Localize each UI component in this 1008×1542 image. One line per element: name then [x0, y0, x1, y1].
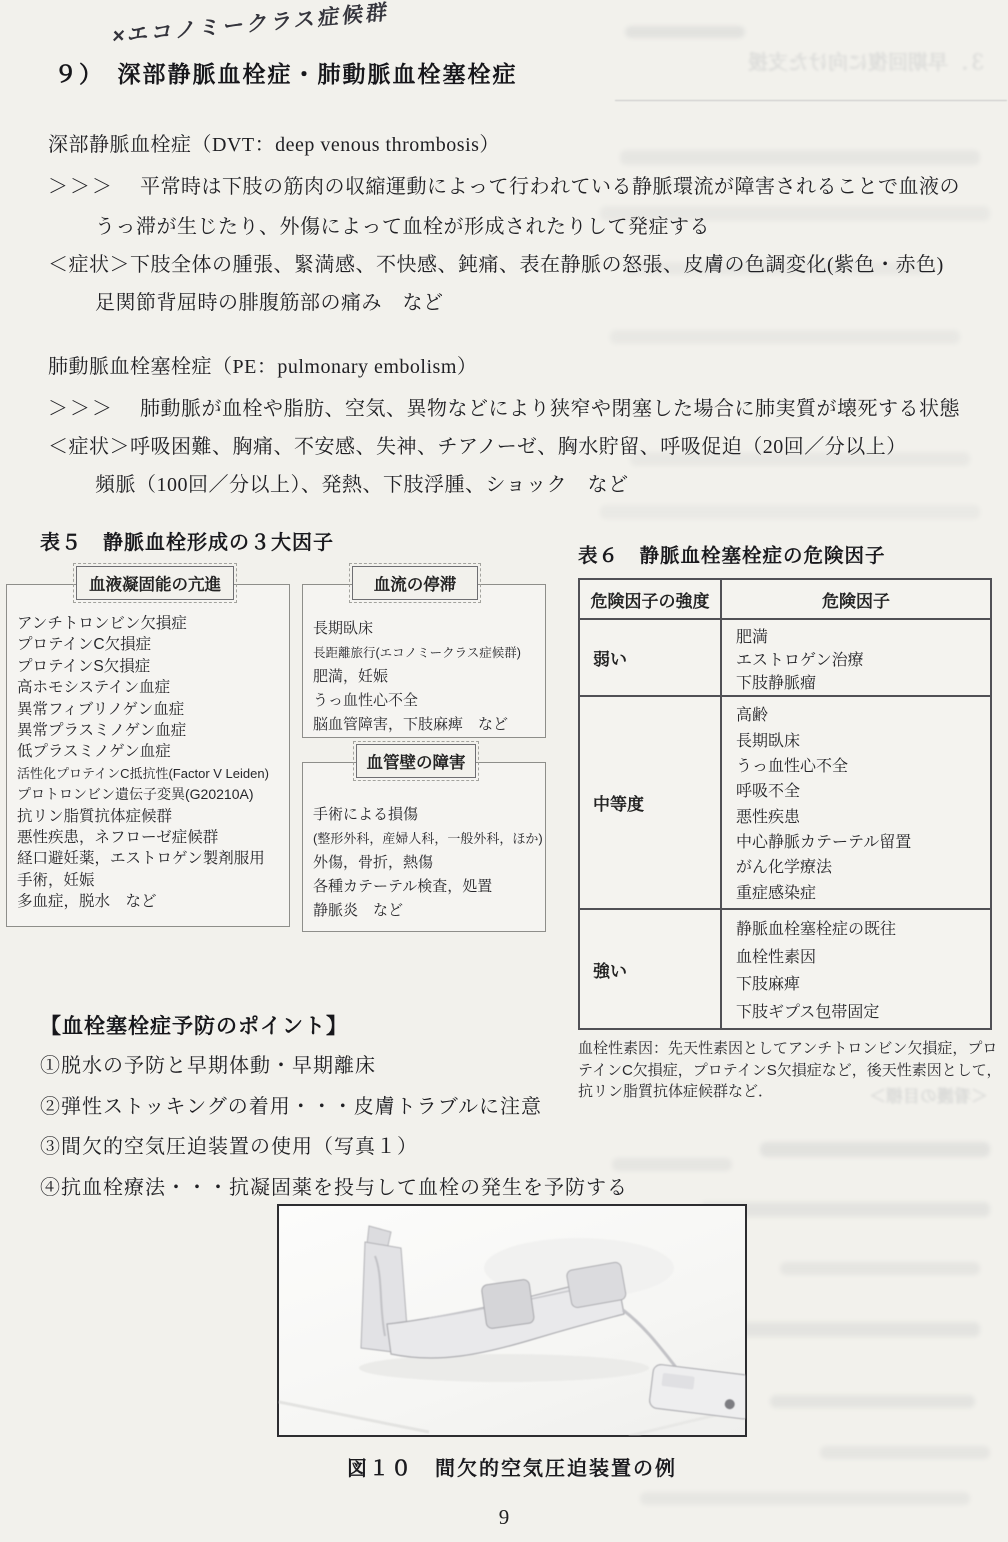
list-item: 経口避妊薬，エストロゲン製剤服用: [17, 848, 287, 869]
document-page: ３．早期回復に向けた支援 ＜看護の目標＞ ×エコノミークラス症候群 ９） 深部静…: [0, 0, 1008, 1542]
table5-box-stasis: 長期臥床長距離旅行(エコノミークラス症候群)肥満，妊娠うっ血性心不全脳血管障害，…: [302, 584, 546, 738]
list-item: 下肢ギプス包帯固定: [736, 999, 990, 1022]
strength-label: 強い: [580, 957, 627, 982]
prevention-list: ①脱水の予防と早期体動・早期離床②弾性ストッキングの着用・・・皮膚トラブルに注意…: [40, 1046, 628, 1208]
bleedthrough-bar: [612, 1158, 732, 1171]
list-item: 異常プラスミノゲン血症: [17, 720, 287, 741]
compression-device-photo: [277, 1204, 747, 1437]
list-item: 抗リン脂質抗体症候群: [17, 806, 287, 827]
list-item: 静脈炎 など: [313, 899, 543, 923]
pe-heading: 肺動脈血栓塞栓症（PE：pulmonary embolism）: [48, 350, 477, 379]
bleedthrough-bar: [620, 150, 980, 165]
bleedthrough-bar: [625, 26, 745, 38]
list-item: 各種カテーテル検査，処置: [313, 875, 543, 899]
list-item: 重症感染症: [736, 880, 990, 903]
strength-label: 弱い: [580, 645, 627, 670]
list-item: うっ血性心不全: [736, 753, 990, 776]
page-title: ９） 深部静脈血栓症・肺動脈血栓塞栓症: [54, 56, 518, 89]
pe-symptoms-line2: 頻脈（100回／分以上）、発熱、下肢浮腫、ショック など: [95, 468, 629, 497]
bleedthrough-bar: [600, 505, 980, 519]
dvt-symptoms-line2: 足関節背屈時の腓腹筋部の痛み など: [95, 286, 444, 315]
list-item: 下肢麻痺: [736, 971, 990, 994]
table5-header-stasis: 血流の停滞: [352, 566, 478, 600]
list-item: がん化学療法: [736, 854, 990, 877]
list-item: 肥満，妊娠: [313, 665, 543, 689]
list-item: 下肢静脈瘤: [736, 670, 990, 693]
table5-header-vessel-wall: 血管壁の障害: [356, 744, 476, 778]
list-item: プロテインS欠損症: [17, 656, 287, 677]
handwritten-note: ×エコノミークラス症候群: [111, 0, 391, 50]
dvt-description-line2: うっ滞が生じたり、外傷によって血栓が形成されたりして発症する: [95, 210, 710, 239]
list-item: 手術による損傷: [313, 803, 543, 827]
dvt-desc-text: 平常時は下肢の筋肉の収縮運動によって行われている静脈環流が障害されることで血液の: [140, 176, 960, 198]
table6-row-moderate: 中等度 高齢長期臥床うっ血性心不全呼吸不全悪性疾患中心静脈カテーテル留置がん化学…: [580, 697, 990, 910]
dvt-symptoms-line1: ＜症状＞下肢全体の腫張、緊満感、不快感、鈍痛、表在静脈の怒張、皮膚の色調変化(紫…: [48, 248, 944, 277]
arrow-marker: ＞＞＞: [48, 392, 114, 421]
col2-header-label: 危険因子: [822, 587, 890, 612]
list-item: 異常フィブリノゲン血症: [17, 699, 287, 720]
strength-cell: 弱い: [580, 620, 722, 695]
table5-header-coagulation: 血液凝固能の亢進: [76, 566, 234, 600]
list-item: 長距離旅行(エコノミークラス症候群): [313, 641, 543, 665]
symptom-label: ＜症状＞: [48, 436, 130, 458]
prevention-heading: 【血栓塞栓症予防のポイント】: [40, 1010, 348, 1040]
table6-row-strong: 強い 静脈血栓塞栓症の既往血栓性素因下肢麻痺下肢ギプス包帯固定: [580, 910, 990, 1028]
device-illustration: [279, 1206, 745, 1435]
dvt-description-line1: ＞＞＞平常時は下肢の筋肉の収縮運動によって行われている静脈環流が障害されることで…: [48, 170, 960, 199]
list-item: 中心静脈カテーテル留置: [736, 829, 990, 852]
symptom-label: ＜症状＞: [48, 254, 130, 276]
bleedthrough-bar: [640, 1492, 970, 1505]
table6: 危険因子の強度 危険因子 弱い 肥満エストロゲン治療下肢静脈瘤 中等度 高齢長期…: [578, 578, 992, 1030]
bleedthrough-rule: [615, 100, 1007, 101]
table5-caption: 表５ 静脈血栓形成の３大因子: [40, 526, 334, 555]
table6-col2-header: 危険因子: [722, 580, 990, 618]
col1-header-label: 危険因子の強度: [591, 587, 710, 612]
strength-cell: 中等度: [580, 697, 722, 908]
dvt-heading: 深部静脈血栓症（DVT：deep venous thrombosis）: [48, 128, 500, 157]
list-item: 脳血管障害，下肢麻痺 など: [313, 713, 543, 737]
table5-box-vessel-wall: 手術による損傷(整形外科，産婦人科，一般外科，ほか)外傷，骨折，熱傷各種カテーテ…: [302, 762, 546, 932]
bleedthrough-bar: [760, 1142, 990, 1157]
list-item: 長期臥床: [736, 728, 990, 751]
pe-symptom-text: 呼吸困難、胸痛、不安感、失神、チアノーゼ、胸水貯留、呼吸促迫（20回／分以上）: [130, 436, 907, 458]
list-item: ③間欠的空気圧迫装置の使用（写真１）: [40, 1127, 628, 1168]
dvt-symptom-text: 下肢全体の腫張、緊満感、不快感、鈍痛、表在静脈の怒張、皮膚の色調変化(紫色・赤色…: [130, 254, 944, 276]
strength-label: 中等度: [580, 790, 644, 815]
list-item: エストロゲン治療: [736, 647, 990, 670]
table6-row-weak: 弱い 肥満エストロゲン治療下肢静脈瘤: [580, 620, 990, 697]
list-item: (整形外科，産婦人科，一般外科，ほか): [313, 827, 543, 851]
table6-caption: 表６ 静脈血栓塞栓症の危険因子: [578, 540, 886, 568]
list-item: 静脈血栓塞栓症の既往: [736, 916, 990, 939]
list-item: 悪性疾患: [736, 804, 990, 827]
list-item: 高齢: [736, 702, 990, 725]
factors-cell: 高齢長期臥床うっ血性心不全呼吸不全悪性疾患中心静脈カテーテル留置がん化学療法重症…: [722, 697, 990, 908]
table6-header-row: 危険因子の強度 危険因子: [580, 580, 990, 620]
pe-symptoms-line1: ＜症状＞呼吸困難、胸痛、不安感、失神、チアノーゼ、胸水貯留、呼吸促迫（20回／分…: [48, 430, 907, 459]
coagulation-list: アンチトロンビン欠損症プロテインC欠損症プロテインS欠損症高ホモシステイン血症異…: [17, 613, 287, 913]
bleedthrough-bar: [780, 1262, 980, 1275]
page-number: 9: [0, 1505, 1008, 1530]
list-item: 多血症，脱水 など: [17, 891, 287, 912]
list-item: ①脱水の予防と早期体動・早期離床: [40, 1046, 628, 1087]
arrow-marker: ＞＞＞: [48, 170, 114, 199]
list-item: 手術，妊娠: [17, 870, 287, 891]
list-item: ④抗血栓療法・・・抗凝固薬を投与して血栓の発生を予防する: [40, 1168, 628, 1209]
list-item: 外傷，骨折，熱傷: [313, 851, 543, 875]
vessel-wall-list: 手術による損傷(整形外科，産婦人科，一般外科，ほか)外傷，骨折，熱傷各種カテーテ…: [313, 803, 543, 923]
table6-col1-header: 危険因子の強度: [580, 580, 722, 618]
list-item: プロテインC欠損症: [17, 634, 287, 655]
list-item: うっ血性心不全: [313, 689, 543, 713]
list-item: ②弾性ストッキングの着用・・・皮膚トラブルに注意: [40, 1087, 628, 1128]
bleedthrough-bar: [770, 1395, 975, 1408]
list-item: 血栓性素因: [736, 944, 990, 967]
list-item: アンチトロンビン欠損症: [17, 613, 287, 634]
list-item: 活性化プロテインC抵抗性(Factor V Leiden): [17, 763, 287, 784]
list-item: 悪性疾患，ネフローゼ症候群: [17, 827, 287, 848]
strength-cell: 強い: [580, 910, 722, 1028]
bleedthrough-bar: [820, 1446, 990, 1459]
factors-cell: 静脈血栓塞栓症の既往血栓性素因下肢麻痺下肢ギプス包帯固定: [722, 910, 990, 1028]
stasis-list: 長期臥床長距離旅行(エコノミークラス症候群)肥満，妊娠うっ血性心不全脳血管障害，…: [313, 617, 543, 737]
list-item: 高ホモシステイン血症: [17, 677, 287, 698]
table6-footnote: 血栓性素因：先天性素因としてアンチトロンビン欠損症，プロテインC欠損症，プロテイ…: [578, 1038, 1002, 1103]
pe-description-line1: ＞＞＞肺動脈が血栓や脂肪、空気、異物などにより狭窄や閉塞した場合に肺実質が壊死す…: [48, 392, 960, 421]
bleedthrough-text: ３．早期回復に向けた支援: [652, 46, 988, 75]
list-item: 呼吸不全: [736, 778, 990, 801]
table5-box-coagulation: アンチトロンビン欠損症プロテインC欠損症プロテインS欠損症高ホモシステイン血症異…: [6, 584, 290, 927]
figure-caption: 図１０ 間欠的空気圧迫装置の例: [277, 1452, 747, 1481]
list-item: プロトロンビン遺伝子変異(G20210A): [17, 784, 287, 805]
list-item: 低プラスミノゲン血症: [17, 741, 287, 762]
bleedthrough-bar: [610, 330, 960, 344]
list-item: 肥満: [736, 624, 990, 647]
factors-cell: 肥満エストロゲン治療下肢静脈瘤: [722, 620, 990, 695]
pe-desc-text: 肺動脈が血栓や脂肪、空気、異物などにより狭窄や閉塞した場合に肺実質が壊死する状態: [140, 398, 960, 420]
list-item: 長期臥床: [313, 617, 543, 641]
